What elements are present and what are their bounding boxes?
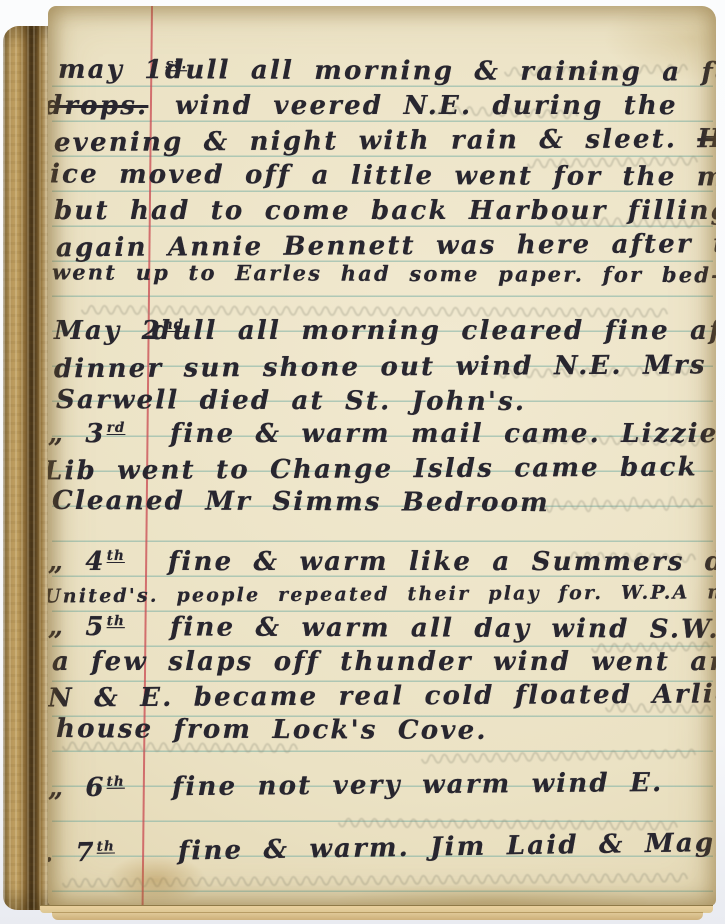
diary-line-18: N & E. became real cold floated Arlie Le…	[48, 680, 716, 711]
handwritten-text: N & E. became real cold floated Arlie Le…	[48, 678, 716, 713]
handwritten-text: dull all morning cleared fine after	[152, 318, 716, 344]
handwritten-text: a few slaps off thunder wind went around	[52, 647, 716, 677]
handwritten-text: again Annie Bennett was here after tea.	[56, 229, 716, 263]
handwritten-text: but had to come back Harbour filling up	[54, 196, 716, 226]
handwritten-text: fine & warm all day wind S.W. had	[170, 614, 716, 643]
handwritten-text: „ 3	[48, 419, 106, 449]
diary-line-11: „ 3rdfine & warm mail came. Lizzie &	[48, 421, 127, 447]
diary-line-10: Sarwell died at St. John's.	[56, 387, 526, 415]
handwritten-text: Sarwell died at St. John's.	[56, 385, 526, 417]
diary-line-1: may 1st.dull all morning & raining a few	[58, 57, 189, 84]
handwritten-text: Cleaned Mr Simms Bedroom	[52, 486, 550, 518]
handwritten-text: wind veered N.E. during the	[175, 93, 678, 119]
diary-line-14: „ 4thfine & warm like a Summers day .	[48, 549, 127, 575]
handwritten-text: fine not very warm wind E.	[172, 770, 664, 800]
page-stack-edge-2	[52, 912, 703, 920]
photo-background: may 1st.dull all morning & raining a few…	[0, 0, 725, 924]
crossed-out-word: drops.	[48, 91, 148, 121]
handwritten-text: ice moved off a little went for the mail	[50, 159, 716, 192]
diary-line-13: Cleaned Mr Simms Bedroom	[52, 488, 550, 516]
diary-line-5: but had to come back Harbour filling up	[54, 198, 716, 224]
diary-line-6: again Annie Bennett was here after tea.	[56, 231, 716, 261]
crossed-out-word: Ho	[697, 124, 716, 154]
handwritten-text: „ 6	[48, 773, 106, 804]
handwritten-text: „ 4	[48, 547, 106, 577]
handwritten-text: fine & warm like a Summers day .	[168, 549, 716, 575]
handwriting-layer: may 1st.dull all morning & raining a few…	[48, 6, 716, 906]
date-ordinal: th	[107, 548, 125, 564]
diary-page: may 1st.dull all morning & raining a few…	[48, 6, 716, 906]
handwritten-text: Lib went to Change Islds came back again	[48, 452, 716, 487]
handwritten-text: house from Lock's Cove.	[56, 714, 488, 746]
diary-line-8: May 2nddull all morning cleared fine aft…	[54, 318, 186, 344]
diary-line-12: Lib went to Change Islds came back again	[48, 454, 716, 485]
diary-line-9: dinner sun shone out wind N.E. Mrs Elsie	[54, 352, 716, 383]
handwritten-text: dull all morning & raining a few	[165, 57, 716, 86]
date-ordinal: th	[107, 613, 125, 629]
diary-line-16: „ 5thfine & warm all day wind S.W. had	[48, 614, 127, 640]
handwritten-text: May 2	[54, 316, 162, 346]
diary-line-4: ice moved off a little went for the mail	[50, 161, 716, 190]
diary-line-17: a few slaps off thunder wind went around	[52, 649, 716, 675]
handwritten-text: „ 5	[48, 612, 106, 642]
handwritten-text: may 1	[58, 55, 165, 85]
diary-line-20: „ 6thfine not very warm wind E.	[48, 775, 127, 802]
handwritten-text: . 7	[48, 838, 96, 869]
diary-line-2: drops.wind veered N.E. during the	[48, 93, 148, 119]
diary-line-3: evening & night with rain & sleet. Ho	[54, 126, 716, 156]
date-ordinal: rd	[107, 420, 126, 436]
handwritten-text: fine & warm. Jim Laid & Maggie	[178, 829, 716, 864]
handwritten-text: United's. people repeated their play for…	[48, 581, 716, 608]
handwritten-text: dinner sun shone out wind N.E. Mrs Elsie	[54, 350, 716, 385]
diary-line-7: went up to Earles had some paper. for be…	[52, 261, 716, 285]
handwritten-text: fine & warm mail came. Lizzie &	[170, 421, 716, 447]
handwritten-text: evening & night with rain & sleet.	[54, 124, 698, 158]
handwritten-text: went up to Earles had some paper. for be…	[52, 259, 716, 287]
diary-line-21: . 7thfine & warm. Jim Laid & Maggie	[48, 839, 117, 866]
diary-line-19: house from Lock's Cove.	[56, 716, 488, 744]
date-ordinal: th	[107, 774, 125, 790]
date-ordinal: th	[97, 839, 115, 855]
diary-line-15: United's. people repeated their play for…	[48, 583, 716, 607]
